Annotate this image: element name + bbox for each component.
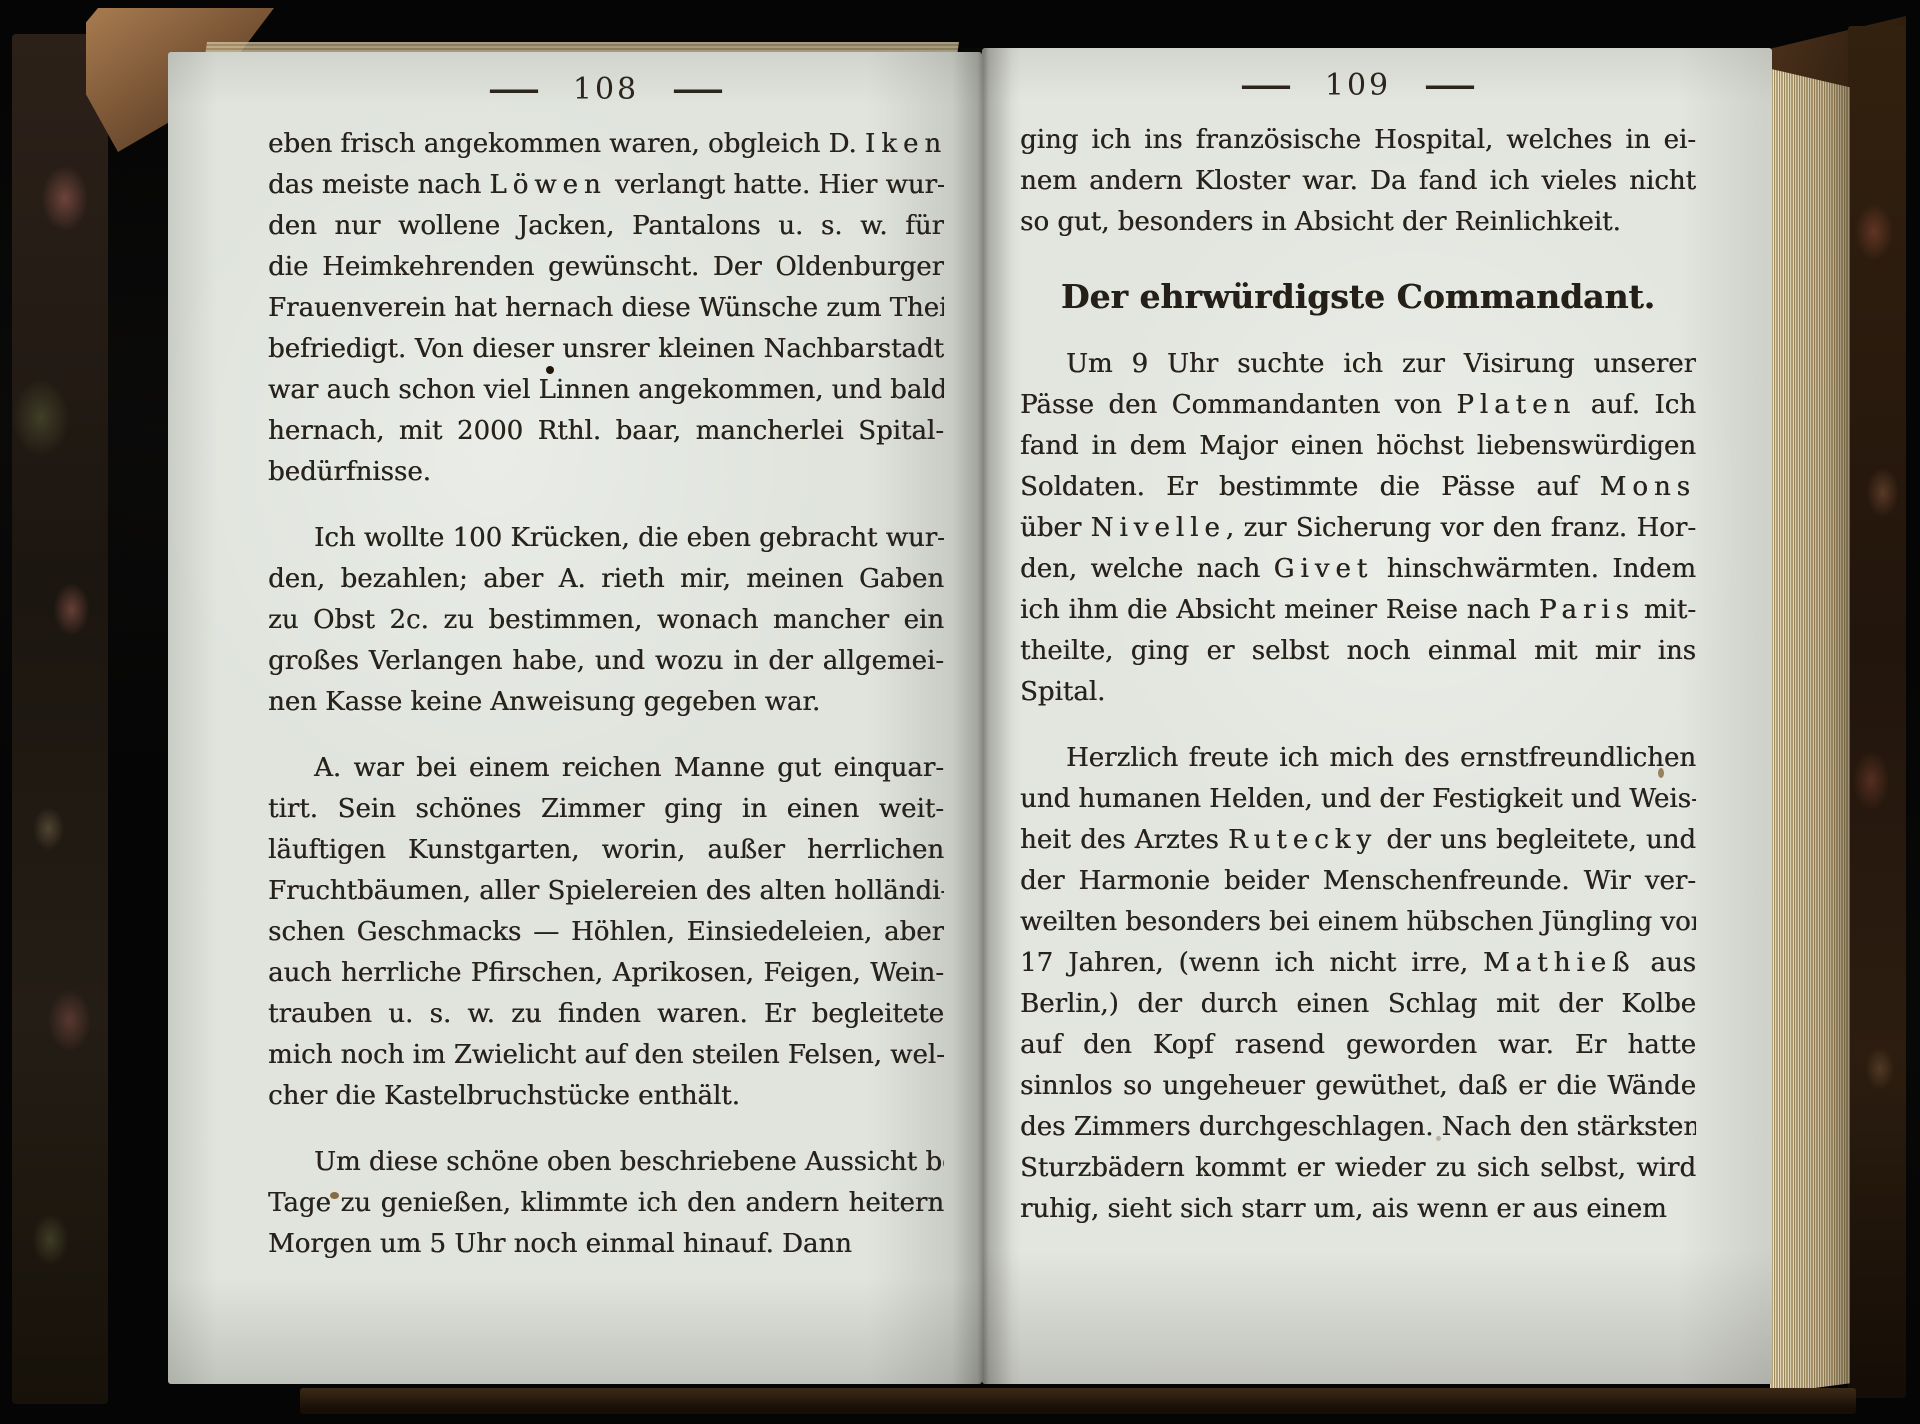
header-dash: —: [1423, 68, 1477, 104]
header-dash: —: [1239, 68, 1293, 104]
right-page-number: 109: [1325, 68, 1391, 104]
text-line: mich noch im Zwielicht auf den steilen F…: [268, 1035, 944, 1076]
text-line: großes Verlangen habe, und wozu in der a…: [268, 641, 944, 682]
book-bottom-edge: [300, 1388, 1856, 1414]
text-line: läuftigen Kunstgarten, worin, außer herr…: [268, 830, 944, 871]
text-line: die Heimkehrenden gewünscht. Der Oldenbu…: [268, 247, 944, 288]
photo-background: — 108 — eben frisch angekommen waren, ob…: [0, 0, 1920, 1424]
text-line: das meiste nach Löwen verlangt hatte. Hi…: [268, 165, 944, 206]
text-line: schen Geschmacks — Höhlen, Einsiedeleien…: [268, 912, 944, 953]
paragraph: eben frisch angekommen waren, obgleich D…: [268, 124, 944, 493]
text-line: war auch schon viel Linnen angekommen, u…: [268, 370, 944, 411]
left-text-column: — 108 — eben frisch angekommen waren, ob…: [268, 72, 944, 1290]
left-page-header: — 108 —: [268, 72, 944, 108]
text-line: heit des Arztes Rutecky der uns begleite…: [1020, 820, 1696, 861]
text-line: Berlin,) der durch einen Schlag mit der …: [1020, 984, 1696, 1025]
text-line: Um 9 Uhr suchte ich zur Visirung unserer: [1020, 344, 1696, 385]
text-line: sinnlos so ungeheuer gewüthet, daß er di…: [1020, 1066, 1696, 1107]
text-line: fand in dem Major einen höchst liebenswü…: [1020, 426, 1696, 467]
paragraph: Herzlich freute ich mich des ernstfreund…: [1020, 738, 1696, 1230]
text-line: 17 Jahren, (wenn ich nicht irre, Mathieß…: [1020, 943, 1696, 984]
text-line: eben frisch angekommen waren, obgleich D…: [268, 124, 944, 165]
text-line: des Zimmers durchgeschlagen. Nach den st…: [1020, 1107, 1696, 1148]
text-line: auf den Kopf rasend geworden war. Er hat…: [1020, 1025, 1696, 1066]
page-fore-edge-left: [70, 58, 178, 1400]
text-line: zu Obst 2c. zu bestimmen, wonach mancher…: [268, 600, 944, 641]
text-line: Tage zu genießen, klimmte ich den andern…: [268, 1183, 944, 1224]
text-line: den, bezahlen; aber A. rieth mir, meinen…: [268, 559, 944, 600]
text-line: ich ihm die Absicht meiner Reise nach Pa…: [1020, 590, 1696, 631]
text-line: nen Kasse keine Anweisung gegeben war.: [268, 682, 944, 723]
text-line: und humanen Helden, und der Festigkeit u…: [1020, 779, 1696, 820]
right-page-text: ging ich ins französische Hospital, welc…: [1020, 120, 1696, 1230]
paragraph: ging ich ins französische Hospital, welc…: [1020, 120, 1696, 243]
text-line: Herzlich freute ich mich des ernstfreund…: [1020, 738, 1696, 779]
text-line: Ich wollte 100 Krücken, die eben gebrach…: [268, 518, 944, 559]
text-line: Fruchtbäumen, aller Spielereien des alte…: [268, 871, 944, 912]
paragraph: Ich wollte 100 Krücken, die eben gebrach…: [268, 518, 944, 723]
paragraph: Um 9 Uhr suchte ich zur Visirung unserer…: [1020, 344, 1696, 713]
text-line: den nur wollene Jacken, Pantalons u. s. …: [268, 206, 944, 247]
paragraph: Um diese schöne oben beschriebene Aussic…: [268, 1142, 944, 1265]
section-heading: Der ehrwürdigste Commandant.: [1020, 277, 1696, 316]
text-line: weilten besonders bei einem hübschen Jün…: [1020, 902, 1696, 943]
text-line: Morgen um 5 Uhr noch einmal hinauf. Dann: [268, 1224, 944, 1265]
paragraph: A. war bei einem reichen Manne gut einqu…: [268, 748, 944, 1117]
text-line: ging ich ins französische Hospital, welc…: [1020, 120, 1696, 161]
text-line: auch herrliche Pfirschen, Aprikosen, Fei…: [268, 953, 944, 994]
text-line: hernach, mit 2000 Rthl. baar, mancherlei…: [268, 411, 944, 452]
right-page-header: — 109 —: [1020, 68, 1696, 104]
text-line: Sturzbädern kommt er wieder zu sich selb…: [1020, 1148, 1696, 1189]
text-line: Um diese schöne oben beschriebene Aussic…: [268, 1142, 944, 1183]
text-line: Soldaten. Er bestimmte die Pässe auf Mon…: [1020, 467, 1696, 508]
text-line: Pässe den Commandanten von Platen auf. I…: [1020, 385, 1696, 426]
text-line: der Harmonie beider Menschenfreunde. Wir…: [1020, 861, 1696, 902]
header-dash: —: [487, 72, 541, 108]
text-line: Frauenverein hat hernach diese Wünsche z…: [268, 288, 944, 329]
text-line: befriedigt. Von dieser unsrer kleinen Na…: [268, 329, 944, 370]
text-line: A. war bei einem reichen Manne gut einqu…: [268, 748, 944, 789]
right-text-column: — 109 — ging ich ins französische Hospit…: [1020, 68, 1696, 1255]
text-line: über Nivelle, zur Sicherung vor den fran…: [1020, 508, 1696, 549]
text-line: tirt. Sein schönes Zimmer ging in einen …: [268, 789, 944, 830]
text-line: Spital.: [1020, 672, 1696, 713]
left-page-text: eben frisch angekommen waren, obgleich D…: [268, 124, 944, 1265]
text-line: ruhig, sieht sich starr um, ais wenn er …: [1020, 1189, 1696, 1230]
page-fore-edge-right: [1770, 58, 1850, 1394]
text-line: trauben u. s. w. zu finden waren. Er beg…: [268, 994, 944, 1035]
left-page-number: 108: [573, 72, 639, 108]
text-line: bedürfnisse.: [268, 452, 944, 493]
text-line: den, welche nach Givet hinschwärmten. In…: [1020, 549, 1696, 590]
text-line: nem andern Kloster war. Da fand ich viel…: [1020, 161, 1696, 202]
text-line: theilte, ging er selbst noch einmal mit …: [1020, 631, 1696, 672]
marbled-cover-right: [1848, 26, 1906, 1398]
header-dash: —: [671, 72, 725, 108]
text-line: so gut, besonders in Absicht der Reinlic…: [1020, 202, 1696, 243]
text-line: cher die Kastelbruchstücke enthält.: [268, 1076, 944, 1117]
